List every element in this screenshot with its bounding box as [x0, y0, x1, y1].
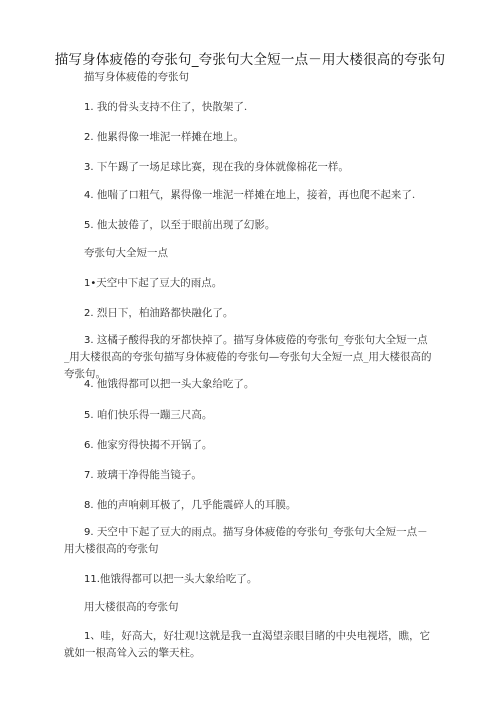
list-item: 4. 他喘了口粗气，累得像一堆泥一样摊在地上，接着，再也爬不起来了.	[84, 188, 415, 203]
item-text: 烈日下，柏油路都快融化了。	[97, 307, 234, 319]
item-number: 1•	[84, 278, 96, 289]
list-item: 3. 下午踢了一场足球比赛，现在我的身体就像棉花一样。	[84, 160, 349, 175]
section-heading: 夸张句大全短一点	[84, 246, 168, 260]
item-text: 天空中下起了豆大的雨点。	[96, 277, 222, 289]
item-number: 5.	[84, 410, 94, 421]
item-text: 他饿得都可以把一头大象给吃了。	[97, 378, 255, 390]
item-text: 他饿得都可以把一头大象给吃了。	[100, 573, 258, 585]
item-text: 他太披倦了，以至于眼前出现了幻影。	[97, 219, 276, 231]
item-text: 玻璃干净得能当镜子。	[97, 469, 202, 481]
list-item: 9. 天空中下起了豆大的雨点。描写身体疲倦的夸张句_夸张句大全短一点－用大楼很高…	[64, 524, 432, 558]
item-number: 2.	[84, 132, 94, 143]
item-number: 3.	[84, 162, 94, 173]
item-number: 2.	[84, 308, 94, 319]
item-text: 他的声响刺耳极了，几乎能震碎人的耳膜。	[97, 499, 297, 511]
item-text: 他喘了口粗气，累得像一堆泥一样摊在地上，接着，再也爬不起来了.	[97, 189, 415, 201]
item-text: 咱们快乐得一蹦三尺高。	[97, 409, 213, 421]
list-item: 5. 咱们快乐得一蹦三尺高。	[84, 408, 212, 423]
list-item: 2. 他累得像一堆泥一样摊在地上。	[84, 130, 244, 145]
item-text: 他家穷得快揭不开锅了。	[97, 439, 213, 451]
list-item: 1•天空中下起了豆大的雨点。	[84, 276, 222, 291]
document-title: 描写身体疲倦的夸张句_夸张句大全短一点－用大楼很高的夸张句	[0, 48, 500, 68]
list-item: 11.他饿得都可以把一头大象给吃了。	[84, 572, 257, 587]
item-text: 哇，好高大，好壮观!这就是我一直渴望亲眼目睹的中央电视塔，瞧，它就如一根高耸入云…	[64, 630, 430, 659]
item-text: 下午踢了一场足球比赛，现在我的身体就像棉花一样。	[97, 161, 349, 173]
item-number: 1.	[84, 102, 94, 113]
item-number: 4.	[84, 379, 94, 390]
item-number: 1、	[84, 631, 100, 642]
document-page: 描写身体疲倦的夸张句_夸张句大全短一点－用大楼很高的夸张句 描写身体疲倦的夸张句…	[0, 0, 500, 707]
item-number: 7.	[84, 470, 94, 481]
list-item: 6. 他家穷得快揭不开锅了。	[84, 438, 212, 453]
item-number: 8.	[84, 500, 94, 511]
list-item: 1. 我的骨头支持不住了，快散架了.	[84, 100, 247, 115]
item-number: 9.	[84, 527, 94, 538]
item-number: 6.	[84, 440, 94, 451]
list-item: 8. 他的声响刺耳极了，几乎能震碎人的耳膜。	[84, 498, 296, 513]
list-item: 1、哇，好高大，好壮观!这就是我一直渴望亲眼目睹的中央电视塔，瞧，它就如一根高耸…	[64, 628, 432, 662]
section-heading: 描写身体疲倦的夸张句	[84, 70, 189, 84]
item-text: 天空中下起了豆大的雨点。描写身体疲倦的夸张句_夸张句大全短一点－用大楼很高的夸张…	[64, 526, 428, 555]
item-text: 我的骨头支持不住了，快散架了.	[97, 101, 247, 113]
section-heading: 用大楼很高的夸张句	[84, 600, 179, 614]
list-item: 3. 这橘子酸得我的牙都快掉了。描写身体疲倦的夸张句_夸张句大全短一点_用大楼很…	[64, 332, 432, 383]
list-item: 5. 他太披倦了，以至于眼前出现了幻影。	[84, 218, 275, 233]
item-text: 他累得像一堆泥一样摊在地上。	[97, 131, 244, 143]
list-item: 2. 烈日下，柏油路都快融化了。	[84, 306, 233, 321]
item-number: 3.	[84, 335, 94, 346]
item-number: 11.	[84, 574, 100, 585]
list-item: 4. 他饿得都可以把一头大象给吃了。	[84, 377, 254, 392]
item-number: 5.	[84, 220, 94, 231]
item-text: 这橘子酸得我的牙都快掉了。描写身体疲倦的夸张句_夸张句大全短一点_用大楼很高的夸…	[64, 334, 432, 380]
list-item: 7. 玻璃干净得能当镜子。	[84, 468, 202, 483]
item-number: 4.	[84, 190, 94, 201]
